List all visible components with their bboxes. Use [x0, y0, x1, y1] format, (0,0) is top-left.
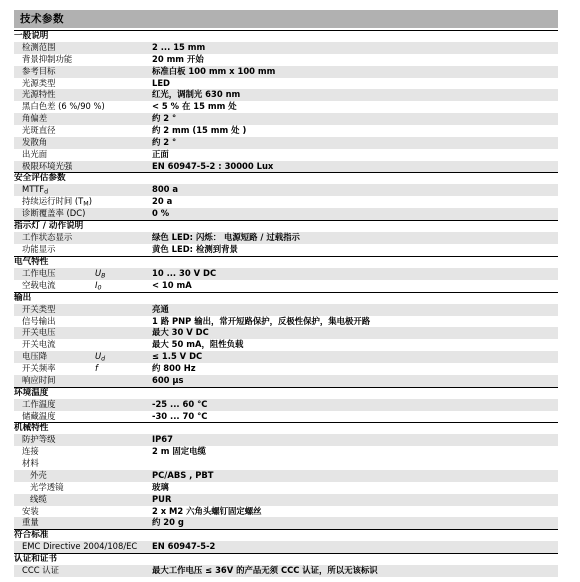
spec-label: 参考目标 [22, 66, 95, 78]
spec-row: 开关频率f约 800 Hz [14, 363, 558, 375]
spec-label: 检测范围 [22, 42, 95, 54]
spec-label: 线缆 [30, 494, 95, 506]
spec-label: 功能显示 [22, 244, 95, 256]
spec-label: 工作电压 [22, 268, 95, 280]
spec-row: 极限环境光强EN 60947-5-2 : 30000 Lux [14, 161, 558, 173]
section-title: 机械特性 [14, 422, 558, 434]
spec-row: 持续运行时间 (TM)20 a [14, 196, 558, 208]
spec-symbol: UB [95, 268, 152, 280]
spec-label: 光源类型 [22, 78, 95, 90]
spec-label: EMC Directive 2004/108/EC [22, 541, 95, 553]
spec-row: 黑白色差 (6 %/90 %)< 5 % 在 15 mm 处 [14, 101, 558, 113]
section-title: 安全评估参数 [14, 172, 558, 184]
spec-label: 光源特性 [22, 89, 95, 101]
section-title: 符合标准 [14, 529, 558, 541]
section-title: 一般说明 [14, 30, 558, 42]
spec-row: CCC 认证最大工作电压 ≤ 36V 的产品无须 CCC 认证，所以无该标识 [14, 565, 558, 577]
spec-value: EN 60947-5-2 : 30000 Lux [152, 161, 558, 173]
spec-label: 开关电压 [22, 327, 95, 339]
spec-label: 工作状态显示 [22, 232, 95, 244]
spec-label: 材料 [22, 458, 95, 470]
spec-value: 玻璃 [152, 482, 558, 494]
spec-value: 约 2 ° [152, 113, 558, 125]
spec-row: 光学透镜玻璃 [14, 482, 558, 494]
spec-row: 开关类型亮通 [14, 304, 558, 316]
spec-label: 重量 [22, 517, 95, 529]
spec-label: 诊断覆盖率 (DC) [22, 208, 95, 220]
spec-label: 发散角 [22, 137, 95, 149]
spec-value: 绿色 LED: 闪烁： 电源短路 / 过载指示 [152, 232, 558, 244]
table-title: 技术参数 [14, 10, 558, 28]
spec-row: 安装2 x M2 六角头螺钉固定螺丝 [14, 506, 558, 518]
spec-label: 角偏差 [22, 113, 95, 125]
spec-row: 参考目标标准白板 100 mm x 100 mm [14, 66, 558, 78]
spec-row: 角偏差约 2 ° [14, 113, 558, 125]
spec-value: 标准白板 100 mm x 100 mm [152, 66, 558, 78]
spec-row: 诊断覆盖率 (DC)0 % [14, 208, 558, 220]
spec-label: CCC 认证 [22, 565, 95, 577]
spec-value: 约 20 g [152, 517, 558, 529]
spec-label: 电压降 [22, 351, 95, 363]
spec-label: 出光面 [22, 149, 95, 161]
spec-label: 信号输出 [22, 316, 95, 328]
spec-symbol: Ud [95, 351, 152, 363]
spec-symbol: f [95, 363, 152, 375]
spec-value: 2 ... 15 mm [152, 42, 558, 54]
spec-value: EN 60947-5-2 [152, 541, 558, 553]
spec-label: 开关频率 [22, 363, 95, 375]
datasheet-page: 技术参数 一般说明检测范围2 ... 15 mm背景抑制功能20 mm 开始参考… [0, 0, 580, 582]
spec-value: 约 800 Hz [152, 363, 558, 375]
spec-label: 黑白色差 (6 %/90 %) [22, 101, 95, 113]
spec-label: 工作温度 [22, 399, 95, 411]
spec-row: EMC Directive 2004/108/ECEN 60947-5-2 [14, 541, 558, 553]
section-title: 环境温度 [14, 387, 558, 399]
spec-row: 连接2 m 固定电缆 [14, 446, 558, 458]
section-title: 指示灯 / 动作说明 [14, 220, 558, 232]
spec-value: -30 ... 70 °C [152, 411, 558, 423]
spec-value: 10 ... 30 V DC [152, 268, 558, 280]
spec-label: 外壳 [30, 470, 95, 482]
spec-label: 防护等级 [22, 434, 95, 446]
spec-value: < 10 mA [152, 280, 558, 292]
spec-value: < 5 % 在 15 mm 处 [152, 101, 558, 113]
spec-value: PUR [152, 494, 558, 506]
spec-label: 开关类型 [22, 304, 95, 316]
spec-label: 光学透镜 [30, 482, 95, 494]
spec-value: 正面 [152, 149, 558, 161]
spec-row: 功能显示黄色 LED: 检测到背景 [14, 244, 558, 256]
spec-value: 2 m 固定电缆 [152, 446, 558, 458]
spec-value: 最大工作电压 ≤ 36V 的产品无须 CCC 认证，所以无该标识 [152, 565, 558, 577]
spec-value: 最大 30 V DC [152, 327, 558, 339]
spec-label: 光斑直径 [22, 125, 95, 137]
spec-row: 储藏温度-30 ... 70 °C [14, 411, 558, 423]
spec-row: 光斑直径约 2 mm (15 mm 处 ) [14, 125, 558, 137]
spec-row: 线缆PUR [14, 494, 558, 506]
spec-row: 开关电流最大 50 mA，阻性负载 [14, 339, 558, 351]
spec-row: 光源特性红光，调制光 630 nm [14, 89, 558, 101]
spec-value: 2 x M2 六角头螺钉固定螺丝 [152, 506, 558, 518]
spec-row: 发散角约 2 ° [14, 137, 558, 149]
spec-label: MTTFd [22, 184, 95, 196]
spec-table: 一般说明检测范围2 ... 15 mm背景抑制功能20 mm 开始参考目标标准白… [14, 30, 558, 577]
section-title: 认证和证书 [14, 553, 558, 565]
spec-value: 0 % [152, 208, 558, 220]
spec-row: 防护等级IP67 [14, 434, 558, 446]
spec-row: 背景抑制功能20 mm 开始 [14, 54, 558, 66]
spec-value: 1 路 PNP 输出，常开短路保护，反极性保护，集电极开路 [152, 316, 558, 328]
spec-row: 光源类型LED [14, 78, 558, 90]
spec-value: -25 ... 60 °C [152, 399, 558, 411]
spec-value: ≤ 1.5 V DC [152, 351, 558, 363]
spec-value: PC/ABS , PBT [152, 470, 558, 482]
spec-value: 黄色 LED: 检测到背景 [152, 244, 558, 256]
spec-label: 开关电流 [22, 339, 95, 351]
spec-row: 工作电压UB10 ... 30 V DC [14, 268, 558, 280]
spec-row: 信号输出1 路 PNP 输出，常开短路保护，反极性保护，集电极开路 [14, 316, 558, 328]
spec-value: 20 a [152, 196, 558, 208]
spec-value: IP67 [152, 434, 558, 446]
spec-row: 外壳PC/ABS , PBT [14, 470, 558, 482]
spec-row: 出光面正面 [14, 149, 558, 161]
spec-value: 最大 50 mA，阻性负载 [152, 339, 558, 351]
spec-row: 检测范围2 ... 15 mm [14, 42, 558, 54]
spec-row: 响应时间600 µs [14, 375, 558, 387]
spec-value: 600 µs [152, 375, 558, 387]
spec-value: 约 2 mm (15 mm 处 ) [152, 125, 558, 137]
spec-value: 亮通 [152, 304, 558, 316]
spec-row: 空载电流I0< 10 mA [14, 280, 558, 292]
spec-value: 红光，调制光 630 nm [152, 89, 558, 101]
spec-label: 连接 [22, 446, 95, 458]
spec-value: 800 a [152, 184, 558, 196]
spec-label: 空载电流 [22, 280, 95, 292]
section-title: 输出 [14, 292, 558, 304]
spec-label: 背景抑制功能 [22, 54, 95, 66]
spec-row: 重量约 20 g [14, 517, 558, 529]
spec-row: 工作温度-25 ... 60 °C [14, 399, 558, 411]
spec-symbol: I0 [95, 280, 152, 292]
spec-row: 电压降Ud≤ 1.5 V DC [14, 351, 558, 363]
spec-row: 开关电压最大 30 V DC [14, 327, 558, 339]
spec-label: 安装 [22, 506, 95, 518]
section-title: 电气特性 [14, 256, 558, 268]
spec-value: 约 2 ° [152, 137, 558, 149]
spec-value: LED [152, 78, 558, 90]
spec-label: 储藏温度 [22, 411, 95, 423]
spec-label: 响应时间 [22, 375, 95, 387]
spec-label: 极限环境光强 [22, 161, 95, 173]
spec-row: 工作状态显示绿色 LED: 闪烁： 电源短路 / 过载指示 [14, 232, 558, 244]
spec-row: MTTFd800 a [14, 184, 558, 196]
spec-value: 20 mm 开始 [152, 54, 558, 66]
spec-row: 材料 [14, 458, 558, 470]
spec-label: 持续运行时间 (TM) [22, 196, 95, 208]
